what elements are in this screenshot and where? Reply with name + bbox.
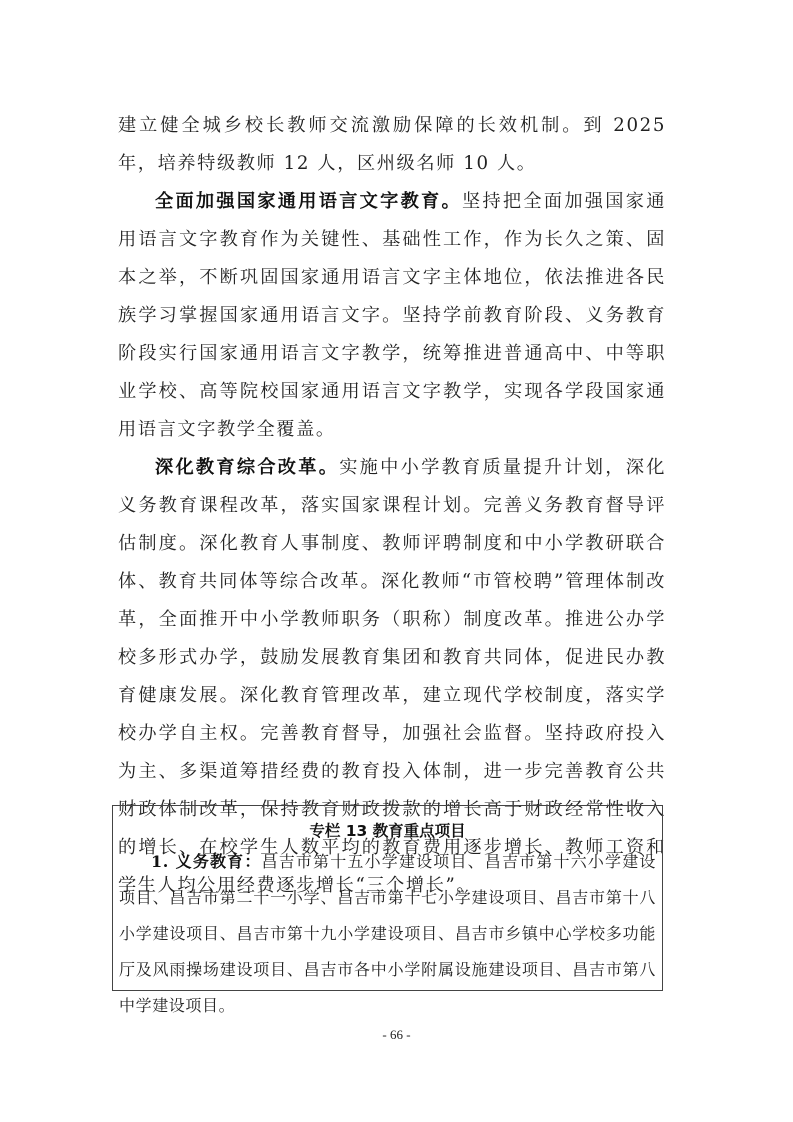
body-text: 建立健全城乡校长教师交流激励保障的长效机制。到 2025 年，培养特级教师 12… <box>118 107 666 905</box>
page-number: - 66 - <box>0 1027 793 1043</box>
paragraph-text: 建立健全城乡校长教师交流激励保障的长效机制。到 2025 年，培养特级教师 12… <box>118 115 666 174</box>
paragraph-teacher-exchange: 建立健全城乡校长教师交流激励保障的长效机制。到 2025 年，培养特级教师 12… <box>118 107 666 183</box>
box-body: 1. 义务教育：昌吉市第十五小学建设项目、昌吉市第十六小学建设项目、昌吉市第二十… <box>113 844 662 1024</box>
paragraph-lead: 全面加强国家通用语言文字教育。 <box>155 191 462 212</box>
box-title: 专栏 13 教育重点项目 <box>113 820 662 842</box>
document-page: 建立健全城乡校长教师交流激励保障的长效机制。到 2025 年，培养特级教师 12… <box>0 0 793 1122</box>
paragraph-lead: 深化教育综合改革。 <box>155 457 339 478</box>
paragraph-language-education: 全面加强国家通用语言文字教育。坚持把全面加强国家通用语言文字教育作为关键性、基础… <box>118 183 666 449</box>
key-projects-box: 专栏 13 教育重点项目 1. 义务教育：昌吉市第十五小学建设项目、昌吉市第十六… <box>112 805 663 991</box>
paragraph-text: 坚持把全面加强国家通用语言文字教育作为关键性、基础性工作，作为长久之策、固本之举… <box>118 191 666 440</box>
box-item-compulsory-education: 1. 义务教育：昌吉市第十五小学建设项目、昌吉市第十六小学建设项目、昌吉市第二十… <box>119 844 656 1024</box>
box-item-lead: 1. 义务教育： <box>151 852 262 871</box>
box-item-text: 昌吉市第十五小学建设项目、昌吉市第十六小学建设项目、昌吉市第二十一小学、昌吉市第… <box>119 852 656 1015</box>
